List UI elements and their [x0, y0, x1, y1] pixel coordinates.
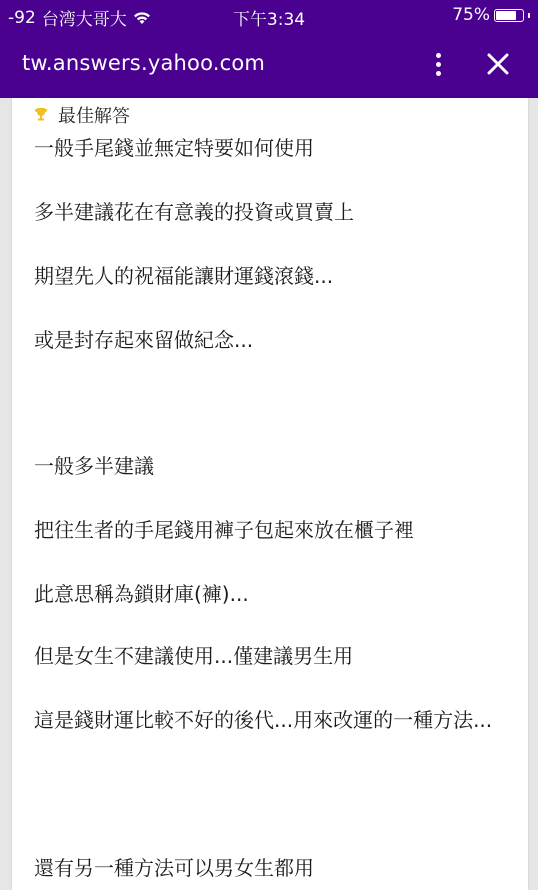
answer-line: 還有另一種方法可以男女生都用	[34, 852, 504, 884]
status-bar: -92 台湾大哥大 下午3:34 75%	[0, 0, 538, 32]
more-options-button[interactable]	[428, 48, 448, 80]
best-answer-header: 最佳解答	[34, 102, 130, 128]
battery-percent: 75%	[452, 5, 490, 25]
close-icon	[482, 48, 514, 80]
close-button[interactable]	[482, 48, 514, 80]
answer-line: 但是女生不建議使用...僅建議男生用	[34, 640, 504, 672]
status-right: 75%	[452, 5, 530, 25]
answer-line: 這是錢財運比較不好的後代...用來改運的一種方法...	[34, 704, 504, 736]
more-vert-dot	[436, 62, 441, 67]
best-answer-label: 最佳解答	[58, 102, 130, 128]
answer-card: 最佳解答 一般手尾錢並無定特要如何使用 多半建議花在有意義的投資或買賣上 期望先…	[12, 98, 528, 890]
battery-icon	[494, 9, 524, 22]
url-bar: tw.answers.yahoo.com	[0, 32, 538, 96]
answer-line: 一般手尾錢並無定特要如何使用	[34, 132, 504, 164]
answer-line: 把往生者的手尾錢用褲子包起來放在櫃子裡	[34, 514, 504, 546]
browser-header: -92 台湾大哥大 下午3:34 75% tw.answers.yahoo.co…	[0, 0, 538, 98]
answer-line: 一般多半建議	[34, 450, 504, 482]
battery-tip	[528, 13, 530, 18]
url-text[interactable]: tw.answers.yahoo.com	[22, 51, 265, 75]
more-vert-dot	[436, 71, 441, 76]
answer-line: 或是封存起來留做紀念...	[34, 324, 504, 356]
more-vert-icon	[436, 53, 441, 58]
answer-line: 期望先人的祝福能讓財運錢滾錢...	[34, 260, 504, 292]
trophy-icon	[34, 107, 48, 123]
answer-line: 多半建議花在有意義的投資或買賣上	[34, 196, 504, 228]
answer-line: 此意思稱為鎖財庫(褲)...	[34, 578, 504, 610]
